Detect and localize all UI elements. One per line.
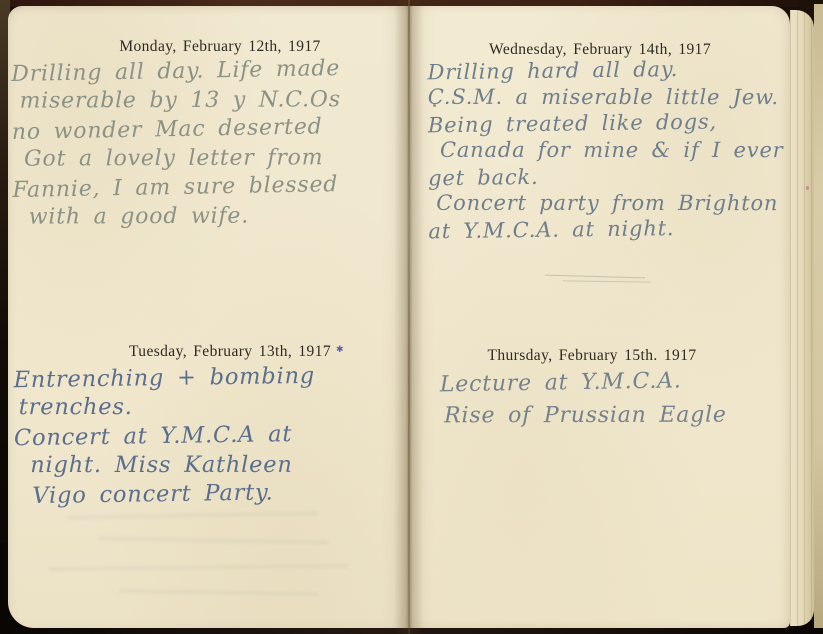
ink-bleed-through: [48, 564, 348, 570]
handwriting-line: Got a lovely letter from: [24, 143, 341, 173]
handwriting-line: Concert at Y.M.C.A at: [14, 420, 316, 453]
handwriting-line: C.S.M. a miserable little Jew.: [428, 83, 784, 110]
handwriting-line: Entrenching + bombing: [13, 362, 315, 395]
page-edge-outer: [814, 4, 823, 628]
dash-stroke: [545, 275, 645, 279]
handwriting-line: get back.: [428, 161, 784, 192]
handwriting-line: no wonder Mac deserted: [12, 112, 342, 147]
handwriting-line: Vigo concert Party.: [32, 478, 316, 511]
binding-gutter-fold-line: [408, 0, 410, 634]
header-thursday-feb-15: Thursday, February 15th. 1917: [432, 347, 752, 365]
handwriting-line: Being treated like dogs,: [428, 108, 784, 139]
page-edge-stack: [790, 10, 814, 626]
entry-tuesday-feb-13: Entrenching + bombingtrenches.Concert at…: [13, 363, 315, 510]
handwriting-line: Rise of Prussian Eagle: [444, 399, 727, 433]
ink-bleed-through: [118, 590, 318, 596]
handwriting-line: night. Miss Kathleen: [30, 451, 315, 480]
handwriting-line: with a good wife.: [29, 201, 342, 231]
handwriting-line: trenches.: [19, 393, 315, 422]
handwriting-line: miserable by 13 y N.C.Os: [19, 85, 340, 115]
handwriting-line: Lecture at Y.M.C.A.: [440, 364, 727, 402]
pencil-separator-dash: [545, 275, 657, 283]
paper-speck: [806, 186, 809, 190]
ink-bleed-through: [68, 512, 318, 519]
header-monday-feb-12: Monday, February 12th, 1917: [40, 38, 400, 56]
dash-stroke: [563, 280, 651, 282]
handwriting-line: at Y.M.C.A. at night.: [428, 214, 784, 245]
entry-monday-feb-12: Drilling all day. Life mademiserable by …: [11, 55, 342, 232]
handwriting-line: Drilling hard all day.: [427, 55, 783, 86]
handwriting-line: Fannie, I am sure blessed: [12, 170, 342, 205]
handwriting-line: Canada for mine & if I ever: [440, 136, 784, 163]
entry-thursday-feb-15: Lecture at Y.M.C.A.Rise of Prussian Eagl…: [440, 365, 727, 433]
handwriting-line: Drilling all day. Life made: [11, 54, 341, 89]
diary-photo: Monday, February 12th, 1917 Tuesday, Feb…: [0, 0, 823, 634]
handwriting-line: Concert party from Brighton: [436, 189, 784, 216]
header-tuesday-feb-13: Tuesday, February 13th, 1917: [50, 343, 410, 361]
paper-speck: [433, 104, 436, 107]
ink-mark-after-tuesday-header: ✱: [336, 344, 344, 355]
entry-wednesday-feb-14: Drilling hard all day.C.S.M. a miserable…: [428, 56, 784, 243]
ink-bleed-through: [98, 537, 328, 544]
